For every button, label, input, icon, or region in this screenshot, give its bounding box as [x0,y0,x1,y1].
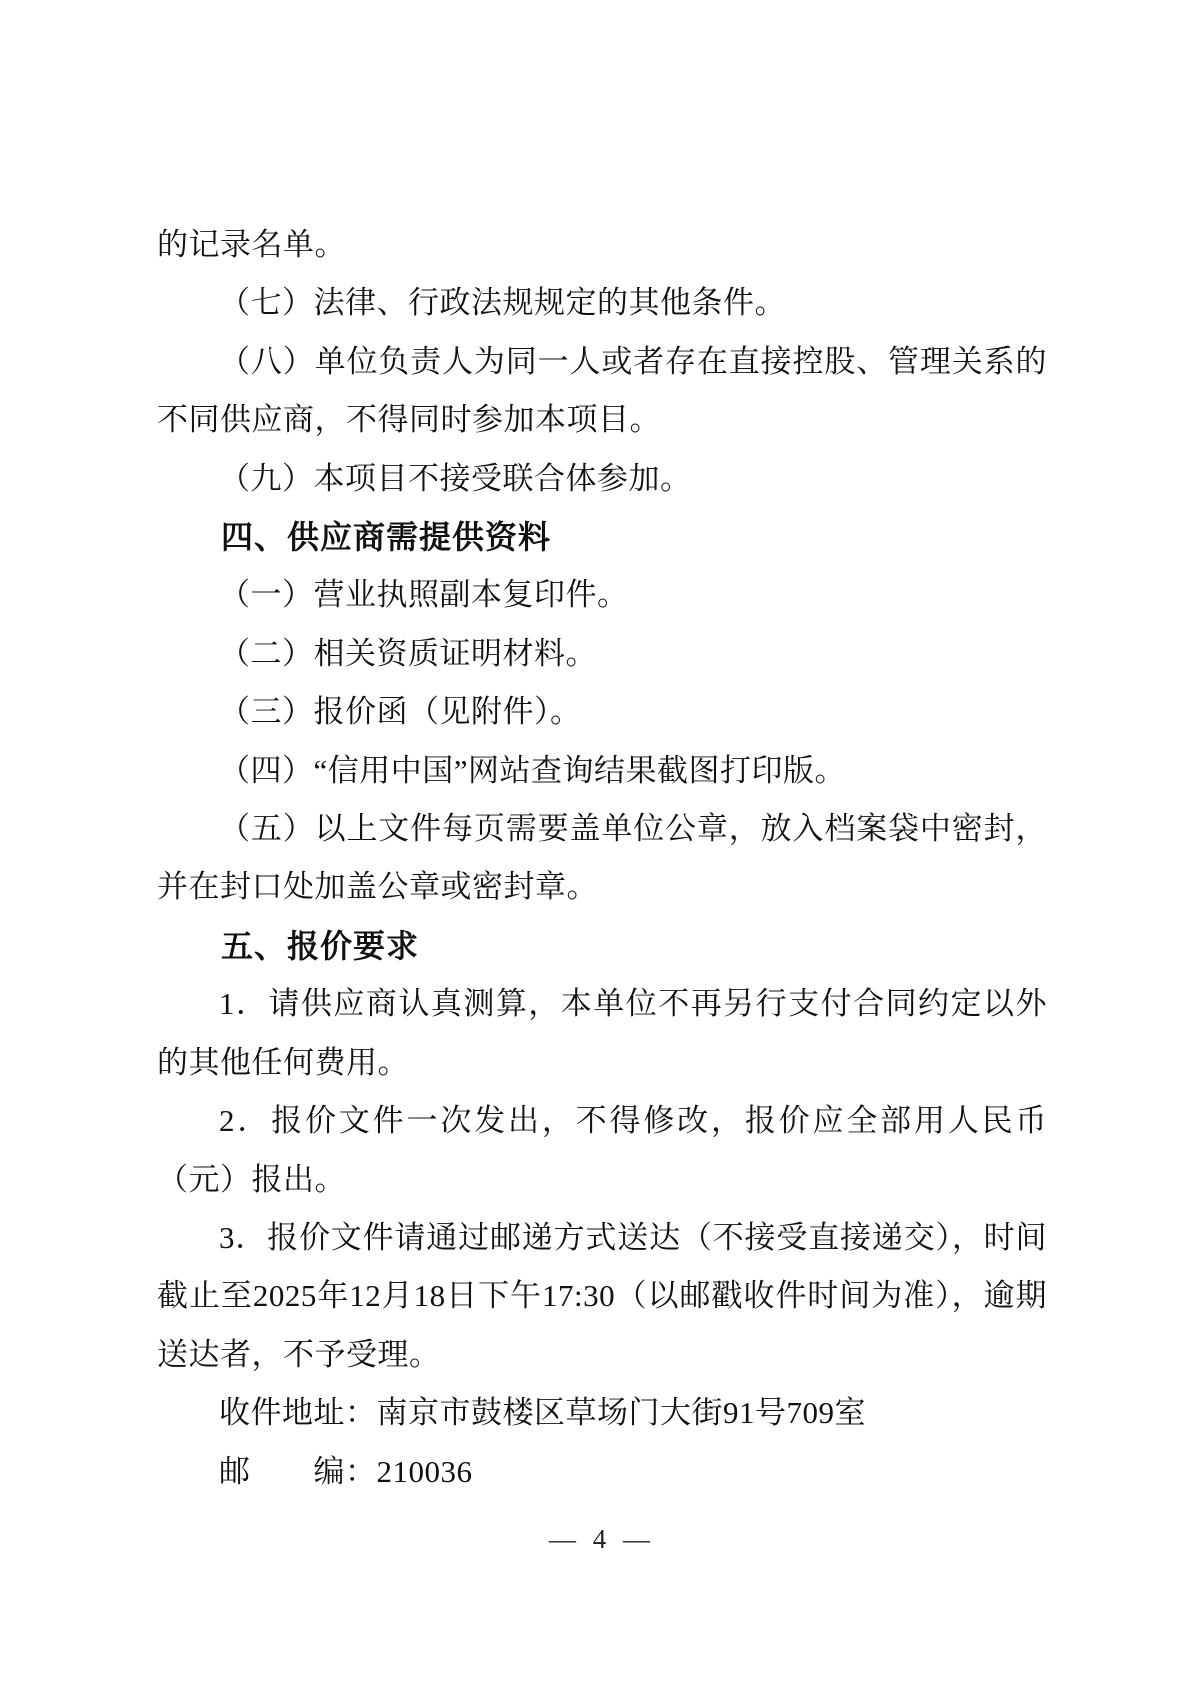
document-body: 的记录名单。 （七）法律、行政法规规定的其他条件。 （八）单位负责人为同一人或者… [157,216,1047,1501]
paragraph-material-5: （五）以上文件每页需要盖单位公章，放入档案袋中密封，并在封口处加盖公章或密封章。 [157,800,1047,917]
section-heading-quotation: 五、报价要求 [157,917,1047,975]
paragraph-quotation-2: 2．报价文件一次发出，不得修改，报价应全部用人民币（元）报出。 [157,1092,1047,1209]
paragraph-material-1: （一）营业执照副本复印件。 [157,566,1047,624]
paragraph-postal-code: 邮 编：210036 [157,1443,1047,1501]
paragraph-material-4: （四）“信用中国”网站查询结果截图打印版。 [157,742,1047,800]
paragraph-mailing-address: 收件地址：南京市鼓楼区草场门大街91号709室 [157,1384,1047,1442]
paragraph-quotation-1: 1．请供应商认真测算，本单位不再另行支付合同约定以外的其他任何费用。 [157,975,1047,1092]
paragraph-quotation-3: 3．报价文件请通过邮递方式送达（不接受直接递交），时间截止至2025年12月18… [157,1209,1047,1384]
paragraph-item-7: （七）法律、行政法规规定的其他条件。 [157,274,1047,332]
paragraph-material-2: （二）相关资质证明材料。 [157,625,1047,683]
paragraph-material-3: （三）报价函（见附件）。 [157,683,1047,741]
section-heading-materials: 四、供应商需提供资料 [157,508,1047,566]
page-number: — 4 — [0,1524,1199,1555]
paragraph-item-8: （八）单位负责人为同一人或者存在直接控股、管理关系的不同供应商，不得同时参加本项… [157,333,1047,450]
paragraph-continuation: 的记录名单。 [157,216,1047,274]
document-page: 的记录名单。 （七）法律、行政法规规定的其他条件。 （八）单位负责人为同一人或者… [0,0,1199,1696]
paragraph-item-9: （九）本项目不接受联合体参加。 [157,450,1047,508]
